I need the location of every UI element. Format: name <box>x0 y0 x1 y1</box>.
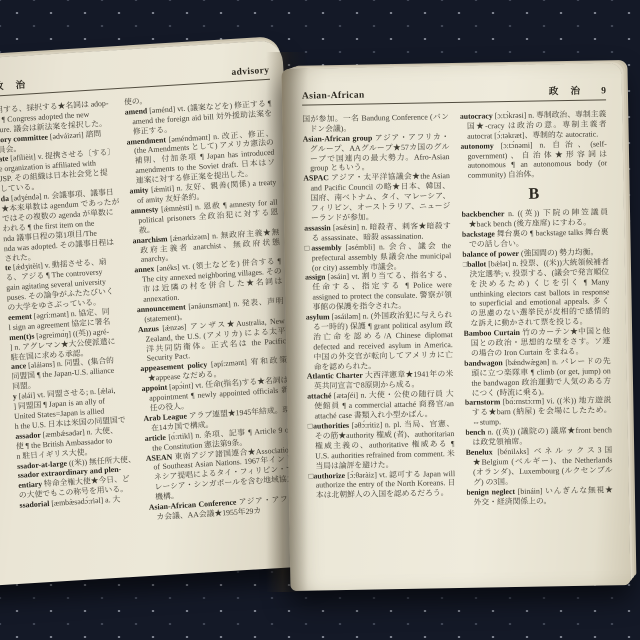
entry-headword: entiary <box>18 480 42 490</box>
book-photo: 政 治 advisory 用する、採択する★名詞は adop- n ¶ Cong… <box>0 0 640 640</box>
section-letter-B: B <box>461 185 608 206</box>
entry-headword: bandwagon <box>464 358 503 368</box>
entry-text: アジア・太平洋協議会★the Asian and Pacific Council… <box>310 171 450 222</box>
dictionary-entry: asylum [əsáiləm] n. (外国政治犯に与えられる一時的) 保護 … <box>306 310 454 372</box>
entry-headword: □assembly <box>305 243 342 253</box>
entry-text: 使の。 <box>124 96 148 106</box>
running-head-kanji-left: 政 治 <box>0 81 31 93</box>
entry-headword: amnesty <box>130 205 158 216</box>
dictionary-entry: barnstorm [bɑ́:rnstɔ̀:rm] vi. ((米)) 地方遊説… <box>465 396 612 428</box>
dictionary-entry: backbencher n. ((英)) 下院の陣笠議員★back bench … <box>461 208 608 230</box>
right-page: Asian-African 政 治 9 国が参加。一名 Bandung Conf… <box>281 63 630 591</box>
entry-headword: ssadorial <box>19 499 49 510</box>
left-page: 政 治 advisory 用する、採択する★名詞は adop- n ¶ Cong… <box>0 40 314 587</box>
entry-headword: assador <box>15 430 41 441</box>
dictionary-entry: assassin [əsǽsin] n. 暗殺者、刺客★暗殺する assassi… <box>304 221 451 243</box>
running-head-right-group: 政 治 9 <box>549 87 606 98</box>
entry-headword: backbencher <box>461 209 504 219</box>
dictionary-entry: autonomy [ɔ:tɔ́nəmi] n. 自治、(self-governm… <box>460 139 607 181</box>
left-page-columns: 用する、採択する★名詞は adop- n ¶ Congress adopted … <box>0 89 298 547</box>
left-page-column-2: 使の。 amend [əménd] vt. (議案などを) 修正する ¶ ame… <box>124 89 298 539</box>
left-page-column-1: 用する、採択する★名詞は adop- n ¶ Congress adopted … <box>0 98 140 546</box>
entry-headword: Benelux <box>466 447 493 456</box>
entry-headword: asylum <box>306 312 330 321</box>
dictionary-entry: bandwagon [bǽndwæ̀gən] n. パレードの先頭に立つ楽隊車 … <box>464 356 611 398</box>
entry-text: n. ((英)) (議院の) 議席★front bench は政党領袖席。 <box>472 425 611 446</box>
dictionary-entry: benign neglect [bináin] いんぎんな無視★外交・経済関係上… <box>466 485 613 507</box>
entry-headword: Atlantic Charter <box>307 371 363 381</box>
entry-text: [bǽlət] n. 投票、((米))大統領候補者決定選挙; v. 投票する、(… <box>469 257 609 328</box>
entry-headword: amend <box>124 106 147 116</box>
entry-headword: autocracy <box>460 111 493 121</box>
dictionary-entry: □authorities [əθɔ́:ritiz] n. pl. 当局、官憲、そ… <box>308 419 455 471</box>
page-number: 9 <box>601 87 606 97</box>
entry-headword: ance <box>11 362 27 372</box>
entry-headword: article <box>144 432 166 442</box>
entry-headword: Asian-African group <box>303 133 373 143</box>
entry-headword: benign neglect <box>466 487 515 497</box>
entry-text: [bénilʌks] ベネルックス3国★Belgium (ベルギー)、the N… <box>473 445 613 486</box>
entry-text: [əsáin] vt. 割り当てる、指名する、任命する、指定する ¶ Polic… <box>312 270 452 311</box>
entry-headword: sory committee <box>0 132 48 144</box>
dictionary-entry: Asian-African group アジア・アフリカ・グループ、AAグループ… <box>303 132 450 174</box>
right-page-columns: 国が参加。一名 Bandung Conference (バンドン会議)。 Asi… <box>302 109 614 566</box>
entry-headword: attaché <box>307 391 331 400</box>
entry-headword: Anzus <box>138 324 159 334</box>
entry-headword: bench <box>465 428 485 437</box>
entry-headword: assassin <box>304 223 331 232</box>
entry-headword: balance of power <box>462 249 519 259</box>
dictionary-entry: □assembly [əsémbli] n. 会合、議会 the prefect… <box>305 241 452 273</box>
entry-headword: appoint <box>141 383 167 394</box>
dictionary-entry: bench n. ((英)) (議院の) 議席★front bench は政党領… <box>465 425 612 447</box>
dictionary-entry: amendment [əméndmənt] n. 改正、修正、(the Amen… <box>126 128 276 186</box>
entry-text: [əsǽsin] n. 暗殺者、刺客★暗殺する assassinate、暗殺 a… <box>311 221 450 242</box>
dictionary-entry: autocracy [ɔ:tɔ́krəsi] n. 専制政治、専制主義国★-cr… <box>460 109 607 141</box>
dictionary-entry: 国が参加。一名 Bandung Conference (バンドン会議)。 <box>302 112 449 134</box>
entry-text: 東南アジア諸国連合★Association of Southeast Asian… <box>153 445 294 502</box>
entry-headword: backstage <box>462 229 495 239</box>
entry-headword: □ballot <box>462 259 486 268</box>
entry-headword: ASPAC <box>303 174 329 183</box>
right-page-column-1: 国が参加。一名 Bandung Conference (バンドン会議)。 Asi… <box>302 112 456 566</box>
dictionary-entry: backstage 舞台裏の ¶ backstage talks 舞台裏での話し… <box>462 227 609 249</box>
running-head-keyword-right: Asian-African <box>302 92 365 103</box>
entry-text: [əsáiləm] n. (外国政治犯に与えられる一時的) 保護 ¶ grant… <box>313 310 453 371</box>
entry-headword: eement <box>8 312 32 322</box>
entry-text: (強国間の) 勢力均衡。 <box>519 247 598 257</box>
dictionary-entry: □ballot [bǽlət] n. 投票、((米))大統領候補者決定選挙; v… <box>462 257 610 329</box>
entry-text: 国が参加。一名 Bandung Conference (バンドン会議)。 <box>302 112 449 133</box>
dictionary-entry: Bamboo Curtain 竹のカーテン★中国と他国との政治・思想的な壁をさす… <box>464 326 611 358</box>
entry-headword: men(t)s <box>9 331 35 342</box>
entry-headword: □authorize <box>308 470 345 480</box>
entry-headword: □authorities <box>308 421 349 431</box>
entry-headword: autonomy <box>460 141 494 151</box>
running-head-keyword-left: advisory <box>231 67 270 79</box>
entry-text: 員会。 <box>0 144 21 154</box>
running-head-kanji-right: 政 治 <box>549 88 586 99</box>
dictionary-entry: Benelux [bénilʌks] ベネルックス3国★Belgium (ベルギ… <box>466 445 613 487</box>
entry-text: 同盟。 <box>12 381 36 391</box>
dictionary-entry: □authorize [ɔ́:θəràiz] vt. 認可する Japan wi… <box>308 469 455 501</box>
dictionary-entry: ASPAC アジア・太平洋協議会★the Asian and Pacific C… <box>303 171 450 223</box>
right-page-column-2-top: autocracy [ɔ:tɔ́krəsi] n. 専制政治、専制主義国★-cr… <box>460 109 608 181</box>
right-page-column-2-bottom: backbencher n. ((英)) 下院の陣笠議員★back bench … <box>461 208 613 508</box>
entry-headword: annex <box>134 264 154 274</box>
entry-headword: amity <box>129 185 149 195</box>
entry-headword: barnstorm <box>465 398 501 408</box>
entry-headword: Bamboo Curtain <box>464 328 521 338</box>
dictionary-entry: attaché [ætəʃéi] n. 大使・公使の随行員 大使館員 ¶ a c… <box>307 389 454 421</box>
right-page-column-2: autocracy [ɔ:tɔ́krəsi] n. 専制政治、専制主義国★-cr… <box>460 109 614 563</box>
entry-headword: assign <box>305 273 326 282</box>
dictionary-entry: assign [əsáin] vt. 割り当てる、指名する、任命する、指定する … <box>305 270 452 312</box>
dictionary-entry: ASEAN 東南アジア諸国連合★Association of Southeast… <box>146 445 296 503</box>
entry-text: [ætəʃéi] n. 大使・公使の随行員 大使館員 ¶ a commercia… <box>314 389 454 420</box>
